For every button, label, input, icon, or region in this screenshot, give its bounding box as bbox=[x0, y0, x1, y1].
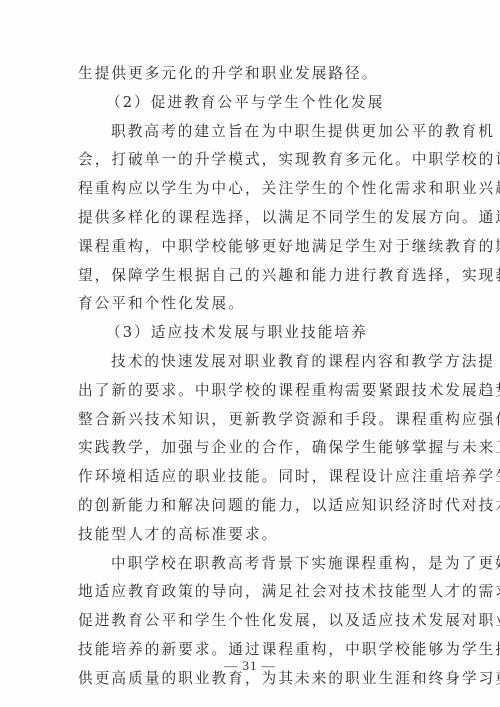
text-line: 生提供更多元化的升学和职业发展路径。 bbox=[78, 60, 430, 89]
text-line: 地适应教育政策的导向，满足社会对技术技能型人才的需求， bbox=[78, 578, 430, 607]
text-line: 作环境相适应的职业技能。同时，课程设计应注重培养学生 bbox=[78, 463, 430, 492]
text-line: 技能型人才的高标准要求。 bbox=[78, 521, 430, 550]
text-line: 会，打破单一的升学模式，实现教育多元化。中职学校的课 bbox=[78, 146, 430, 175]
text-line: 实践教学，加强与企业的合作，确保学生能够掌握与未来工 bbox=[78, 434, 430, 463]
text-line: 出了新的要求。中职学校的课程重构需要紧跟技术发展趋势， bbox=[78, 377, 430, 406]
text-line: 提供多样化的课程选择，以满足不同学生的发展方向。通过 bbox=[78, 204, 430, 233]
text-line: 的创新能力和解决问题的能力，以适应知识经济时代对技术 bbox=[78, 492, 430, 521]
section-heading: （2）促进教育公平与学生个性化发展 bbox=[78, 89, 430, 118]
text-line: 望，保障学生根据自己的兴趣和能力进行教育选择，实现教 bbox=[78, 262, 430, 291]
text-line: 职教高考的建立旨在为中职生提供更加公平的教育机 bbox=[78, 118, 430, 147]
document-page: 生提供更多元化的升学和职业发展路径。 （2）促进教育公平与学生个性化发展 职教高… bbox=[0, 0, 500, 707]
section-heading: （3）适应技术发展与职业技能培养 bbox=[78, 319, 430, 348]
text-line: 促进教育公平和学生个性化发展，以及适应技术发展对职业 bbox=[78, 607, 430, 636]
text-line: 整合新兴技术知识，更新教学资源和手段。课程重构应强化 bbox=[78, 406, 430, 435]
text-line: 课程重构，中职学校能够更好地满足学生对于继续教育的期 bbox=[78, 233, 430, 262]
page-number: — 31 — bbox=[0, 658, 500, 674]
body-text: 生提供更多元化的升学和职业发展路径。 （2）促进教育公平与学生个性化发展 职教高… bbox=[78, 60, 430, 694]
text-line: 中职学校在职教高考背景下实施课程重构，是为了更好 bbox=[78, 550, 430, 579]
text-line: 技术的快速发展对职业教育的课程内容和教学方法提 bbox=[78, 348, 430, 377]
text-line: 程重构应以学生为中心，关注学生的个性化需求和职业兴趣， bbox=[78, 175, 430, 204]
text-line: 育公平和个性化发展。 bbox=[78, 290, 430, 319]
